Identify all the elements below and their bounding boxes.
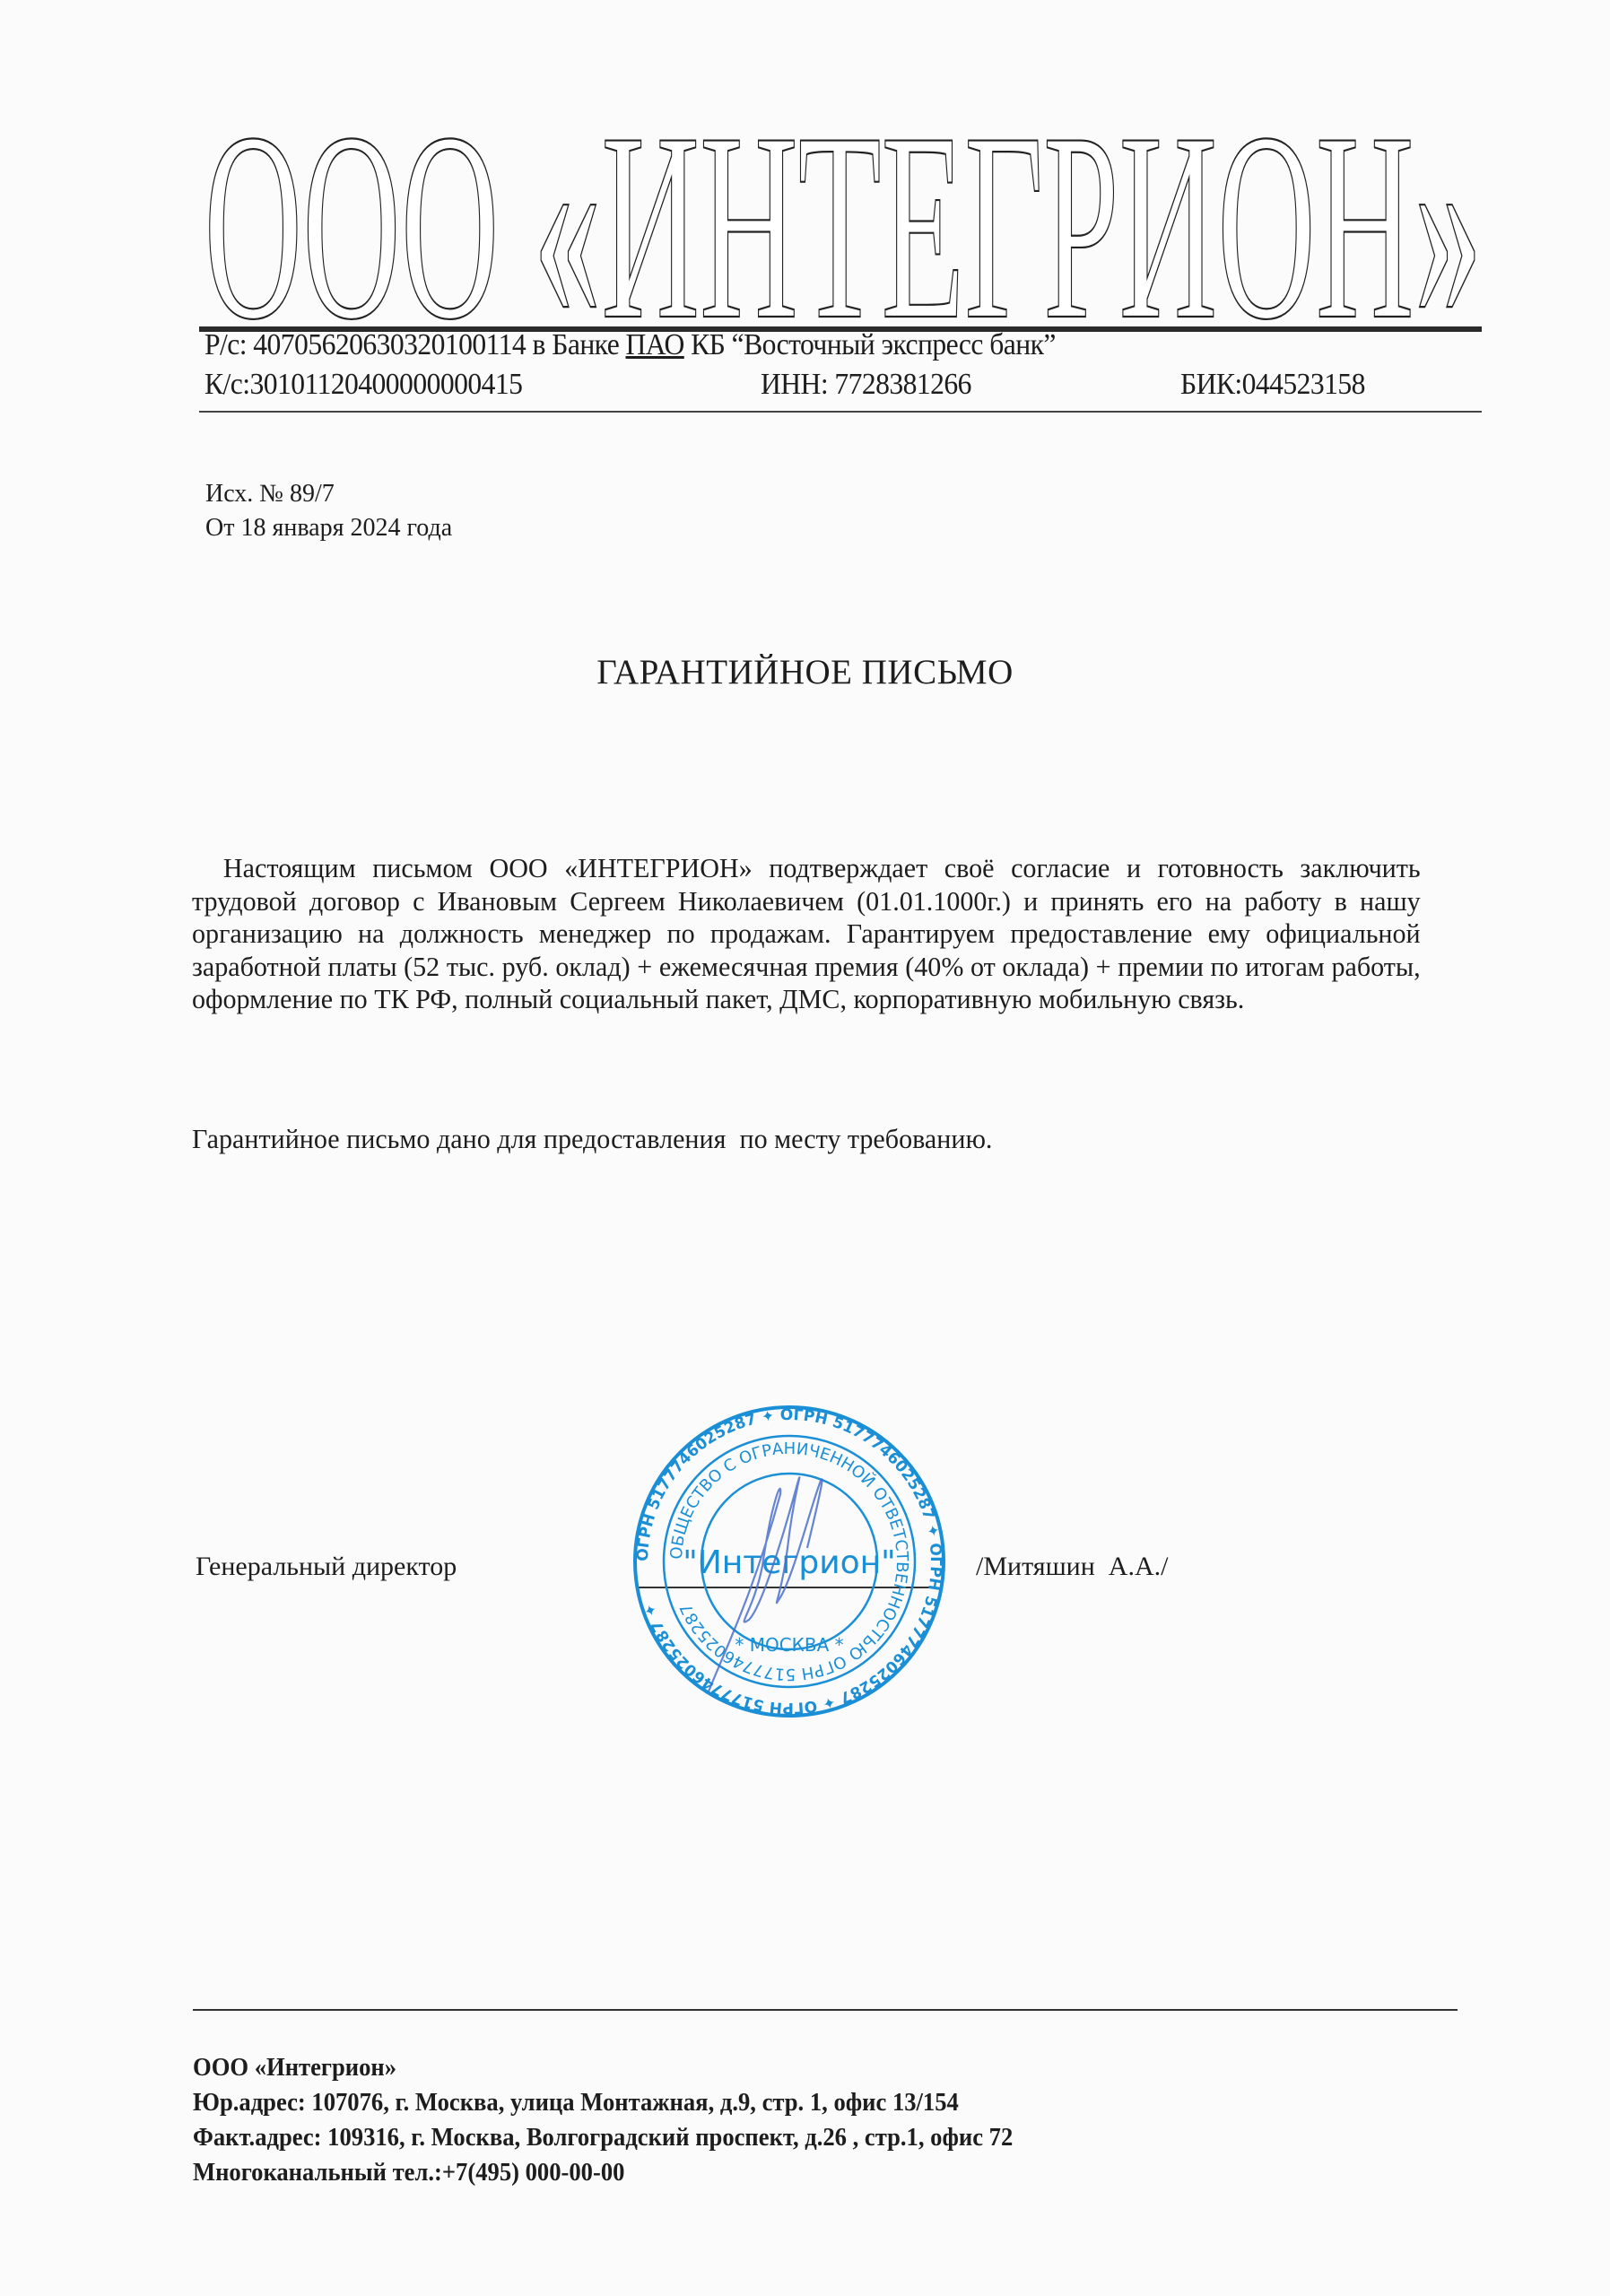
document-date: От 18 января 2024 года	[205, 511, 452, 545]
outgoing-number: Исх. № 89/7	[205, 477, 452, 511]
letter-body: Настоящим письмом ООО «ИНТЕГРИОН» подтве…	[192, 852, 1421, 1016]
inn: ИНН: 7728381266	[761, 368, 971, 402]
closing-statement: Гарантийное письмо дано для предоставлен…	[192, 1123, 992, 1155]
bik: БИК:044523158	[1180, 368, 1365, 402]
footer-company: ООО «Интегрион»	[193, 2050, 1013, 2085]
footer-legal-address: Юр.адрес: 107076, г. Москва, улица Монта…	[193, 2085, 1013, 2120]
bank-account-line: Р/с: 40705620630320100114 в Банке ПАО КБ…	[205, 328, 1056, 362]
document-reference: Исх. № 89/7 От 18 января 2024 года	[205, 477, 452, 545]
footer-contacts: ООО «Интегрион» Юр.адрес: 107076, г. Мос…	[193, 2050, 1013, 2190]
settlement-account: Р/с: 40705620630320100114 в Банке	[205, 328, 626, 361]
bank-name: КБ “Восточный экспресс банк”	[684, 328, 1056, 361]
document-title: ГАРАНТИЙНОЕ ПИСЬМО	[0, 652, 1610, 692]
signatory-name: /Митяшин А.А./	[976, 1552, 1168, 1582]
body-paragraph: Настоящим письмом ООО «ИНТЕГРИОН» подтве…	[192, 852, 1421, 1016]
signatory-role: Генеральный директор	[196, 1552, 457, 1582]
letterhead-divider-thin	[199, 411, 1482, 413]
correspondent-account: К/с:30101120400000000415	[205, 368, 522, 402]
logo-text: ООО «ИНТЕГРИОН»	[205, 97, 1483, 326]
footer-divider	[193, 2009, 1458, 2011]
company-logo: ООО «ИНТЕГРИОН»	[202, 97, 1484, 326]
stamp-city: * МОСКВА *	[735, 1634, 843, 1656]
bank-form: ПАО	[626, 328, 684, 361]
footer-actual-address: Факт.адрес: 109316, г. Москва, Волгоград…	[193, 2120, 1013, 2155]
company-stamp: ОГРН 5177746025287 ✦ ОГРН 5177746025287 …	[628, 1396, 951, 1727]
footer-phone: Многоканальный тел.:+7(495) 000-00-00	[193, 2155, 1013, 2190]
